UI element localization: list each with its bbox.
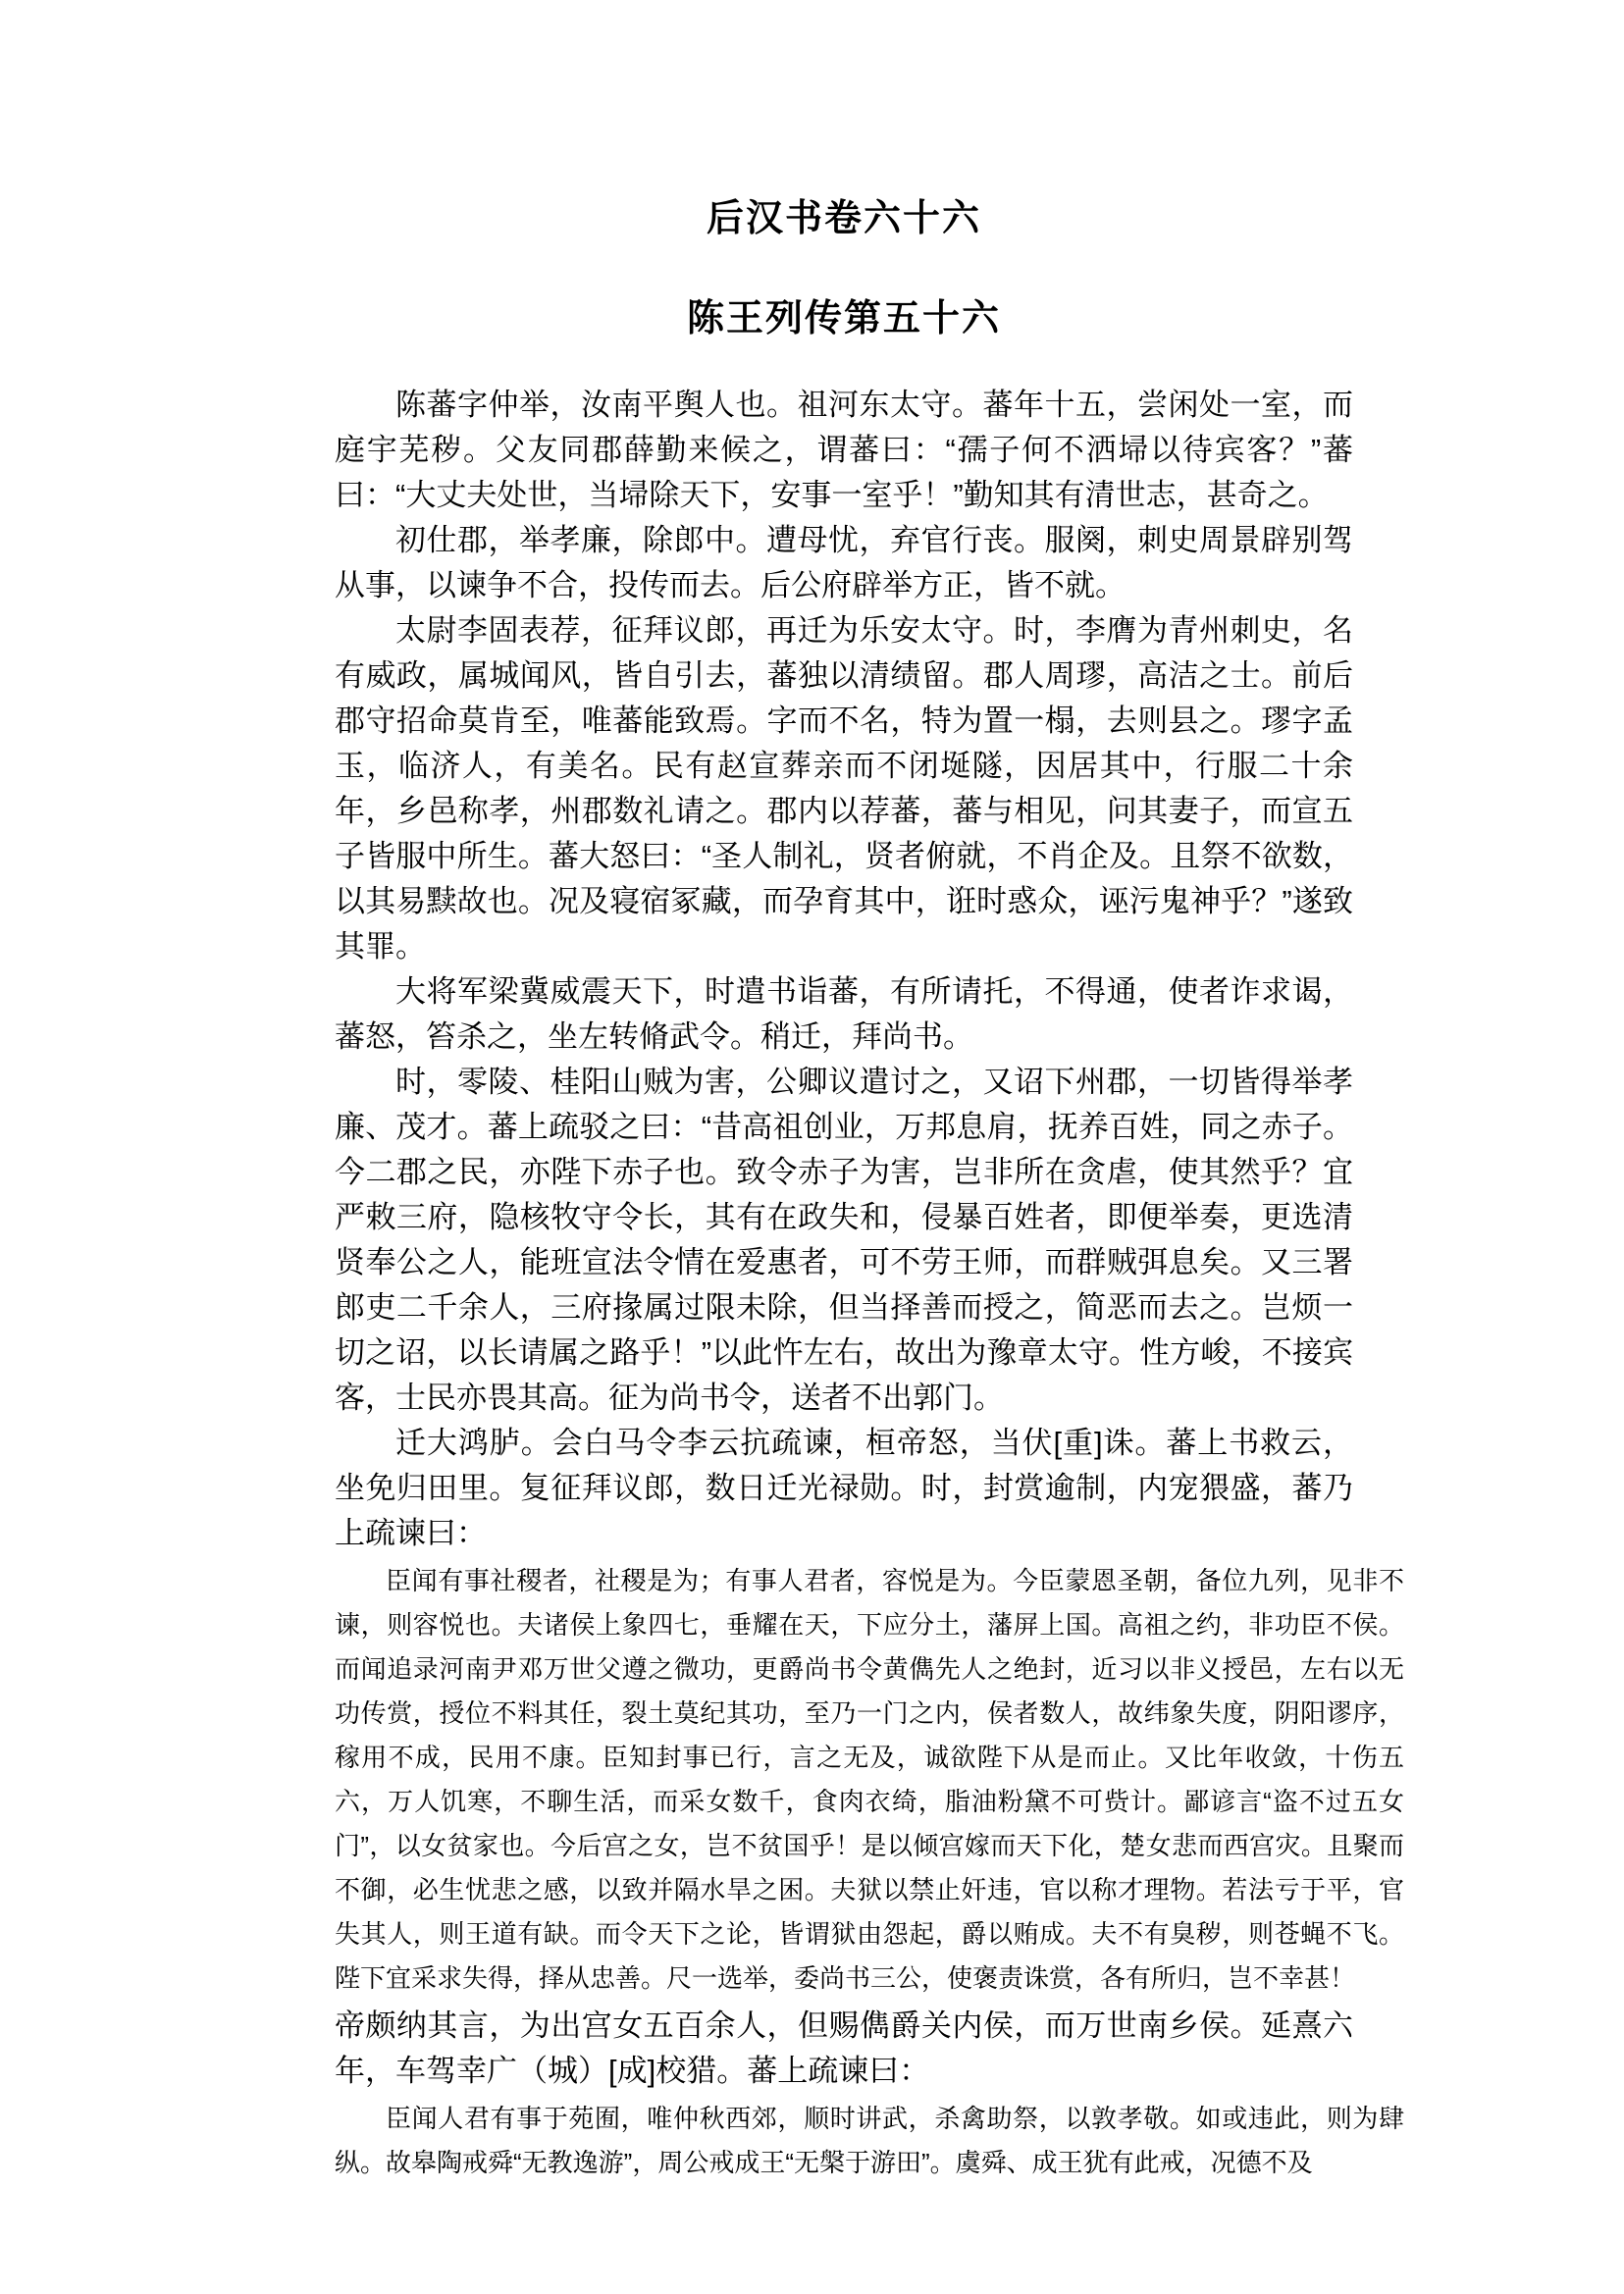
paragraph-early-career: 初仕郡，举孝廉，除郎中。遭母忧，弃官行丧。服阕，刺史周景辟别驾从事，以谏争不合，…: [335, 518, 1353, 608]
chapter-title: 陈王列传第五十六: [335, 294, 1353, 343]
memorial-quote-first: 臣闻有事社稷者，社稷是为；有事人君者，容悦是为。今臣蒙恩圣朝，备位九列，见非不谏…: [335, 1559, 1404, 2001]
paragraph-lingling-guiyang: 时，零陵、桂阳山贼为害，公卿议遣讨之，又诏下州郡，一切皆得举孝廉、茂才。蕃上疏驳…: [335, 1060, 1353, 1421]
paragraph-leans-taishou: 太尉李固表荐，征拜议郎，再迁为乐安太守。时，李膺为青州刺史，名有威政，属城闻风，…: [335, 608, 1353, 969]
paragraph-da-honglu: 迁大鸿胪。会白马令李云抗疏谏，桓帝怒，当伏[重]诛。蕃上书救云，坐免归田里。复征…: [335, 1421, 1353, 1556]
volume-title: 后汉书卷六十六: [335, 194, 1353, 243]
document-page: 后汉书卷六十六 陈王列传第五十六 陈蕃字仲举，汝南平舆人也。祖河东太守。蕃年十五…: [0, 0, 1624, 2294]
paragraph-liang-ji: 大将军梁冀威震天下，时遣书诣蕃，有所请托，不得通，使者诈求谒，蕃怒，笞杀之，坐左…: [335, 969, 1353, 1060]
paragraph-emperor-response: 帝颇纳其言，为出宫女五百余人，但赐儁爵关内侯，而万世南乡侯。延熹六年，车驾幸广（…: [335, 2004, 1353, 2094]
memorial-quote-second: 臣闻人君有事于苑囿，唯仲秋西郊，顺时讲武，杀禽助祭，以敦孝敬。如或违此，则为肆纵…: [335, 2097, 1404, 2185]
document-content: 后汉书卷六十六 陈王列传第五十六 陈蕃字仲举，汝南平舆人也。祖河东太守。蕃年十五…: [335, 194, 1353, 2188]
paragraph-chen-fan-intro: 陈蕃字仲举，汝南平舆人也。祖河东太守。蕃年十五，尝闲处一室，而庭宇芜秽。父友同郡…: [335, 383, 1353, 518]
